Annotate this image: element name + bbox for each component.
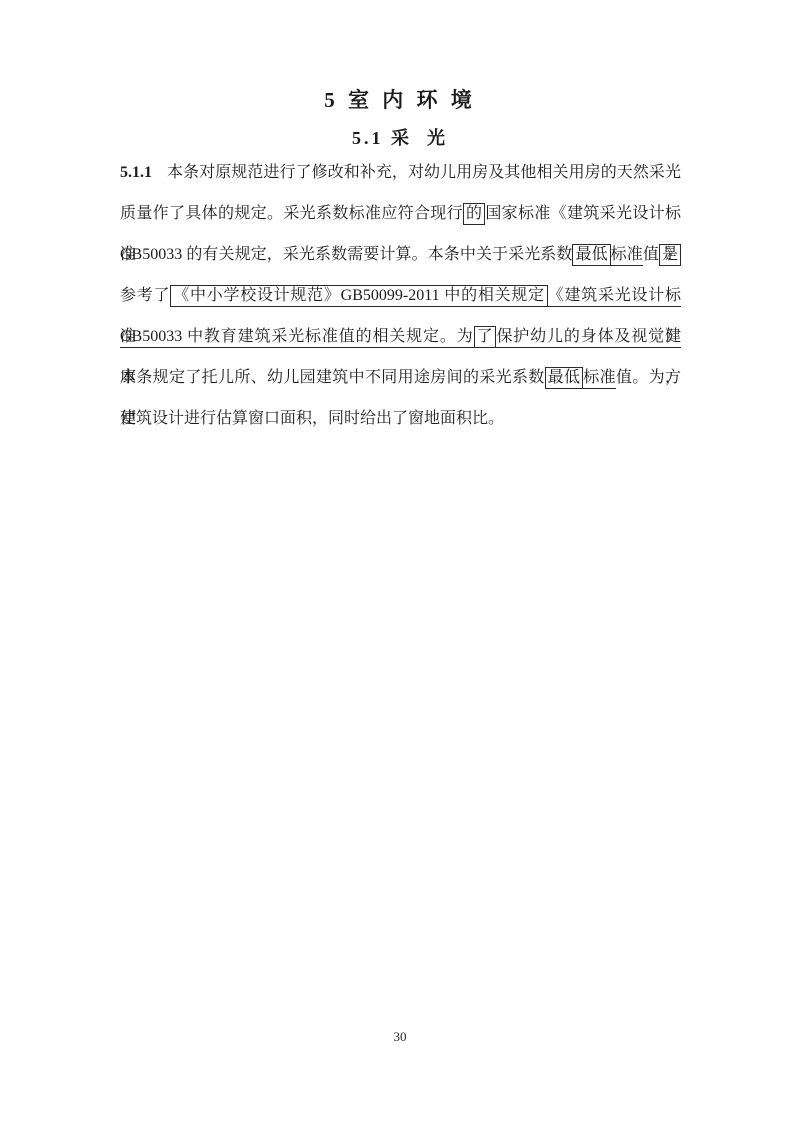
paragraph-line: 参考了《中小学校设计规范》GB50099-2011 中的相关规定《建筑采光设计标… (120, 275, 681, 316)
text-segment: 。为 (440, 328, 474, 345)
boxed-text: 是 (659, 244, 681, 266)
text-segment: 参考了 (120, 287, 170, 304)
document-page: 5 室 内 环 境 5.1 采 光 5.1.1本条对原规范进行了修改和补充，对幼… (0, 0, 800, 1131)
clause-paragraph: 5.1.1本条对原规范进行了修改和补充，对幼儿用房及其他相关用房的天然采光质量作… (120, 152, 681, 439)
text-segment: 本条规定了托儿所、幼儿园建筑中不同用途房间的采光系数 (120, 369, 545, 386)
text-segment: GB50033 的有关规定，采光系数需要计算。本条中关于采光系数 (120, 246, 572, 263)
boxed-text: 的 (463, 203, 485, 225)
underlined-text: 标准 (583, 369, 616, 389)
paragraph-line: 质量作了具体的规定。采光系数标准应符合现行的国家标准《建筑采光设计标准》 (120, 193, 681, 234)
paragraph-line: 建筑设计进行估算窗口面积，同时给出了窗地面积比。 (120, 398, 681, 439)
chapter-heading: 5 室 内 环 境 (0, 84, 800, 114)
text-segment: 建筑设计进行估算窗口面积，同时给出了窗地面积比。 (120, 410, 504, 427)
paragraph-line: GB50033 的有关规定，采光系数需要计算。本条中关于采光系数最低标准值是 (120, 234, 681, 275)
boxed-text: 最低 (572, 244, 610, 266)
section-heading: 5.1 采 光 (0, 124, 800, 150)
clause-number: 5.1.1 (120, 164, 152, 181)
page-number: 30 (0, 1029, 800, 1045)
paragraph-line: 本条规定了托儿所、幼儿园建筑中不同用途房间的采光系数最低标准值。为方便 (120, 357, 681, 398)
boxed-text: 最低 (545, 367, 584, 389)
text-segment: 值 (643, 246, 659, 263)
text-segment: 质量作了具体的规定。采光系数标准应符合现行 (120, 205, 463, 222)
paragraph-line: 5.1.1本条对原规范进行了修改和补充，对幼儿用房及其他相关用房的天然采光 (120, 152, 681, 193)
underlined-text: GB50033 中教育建筑采光标准值的相关规定 (120, 328, 440, 348)
paragraph-line: GB50033 中教育建筑采光标准值的相关规定。为了保护幼儿的身体及视觉健康， (120, 316, 681, 357)
boxed-text: 了 (474, 326, 497, 348)
text-segment: 本条对原规范进行了修改和补充，对幼儿用房及其他相关用房的天然采光 (167, 164, 681, 181)
underlined-text: 标准 (611, 246, 643, 266)
boxed-text: 《中小学校设计规范》GB50099-2011 中的相关规定 (170, 285, 548, 307)
